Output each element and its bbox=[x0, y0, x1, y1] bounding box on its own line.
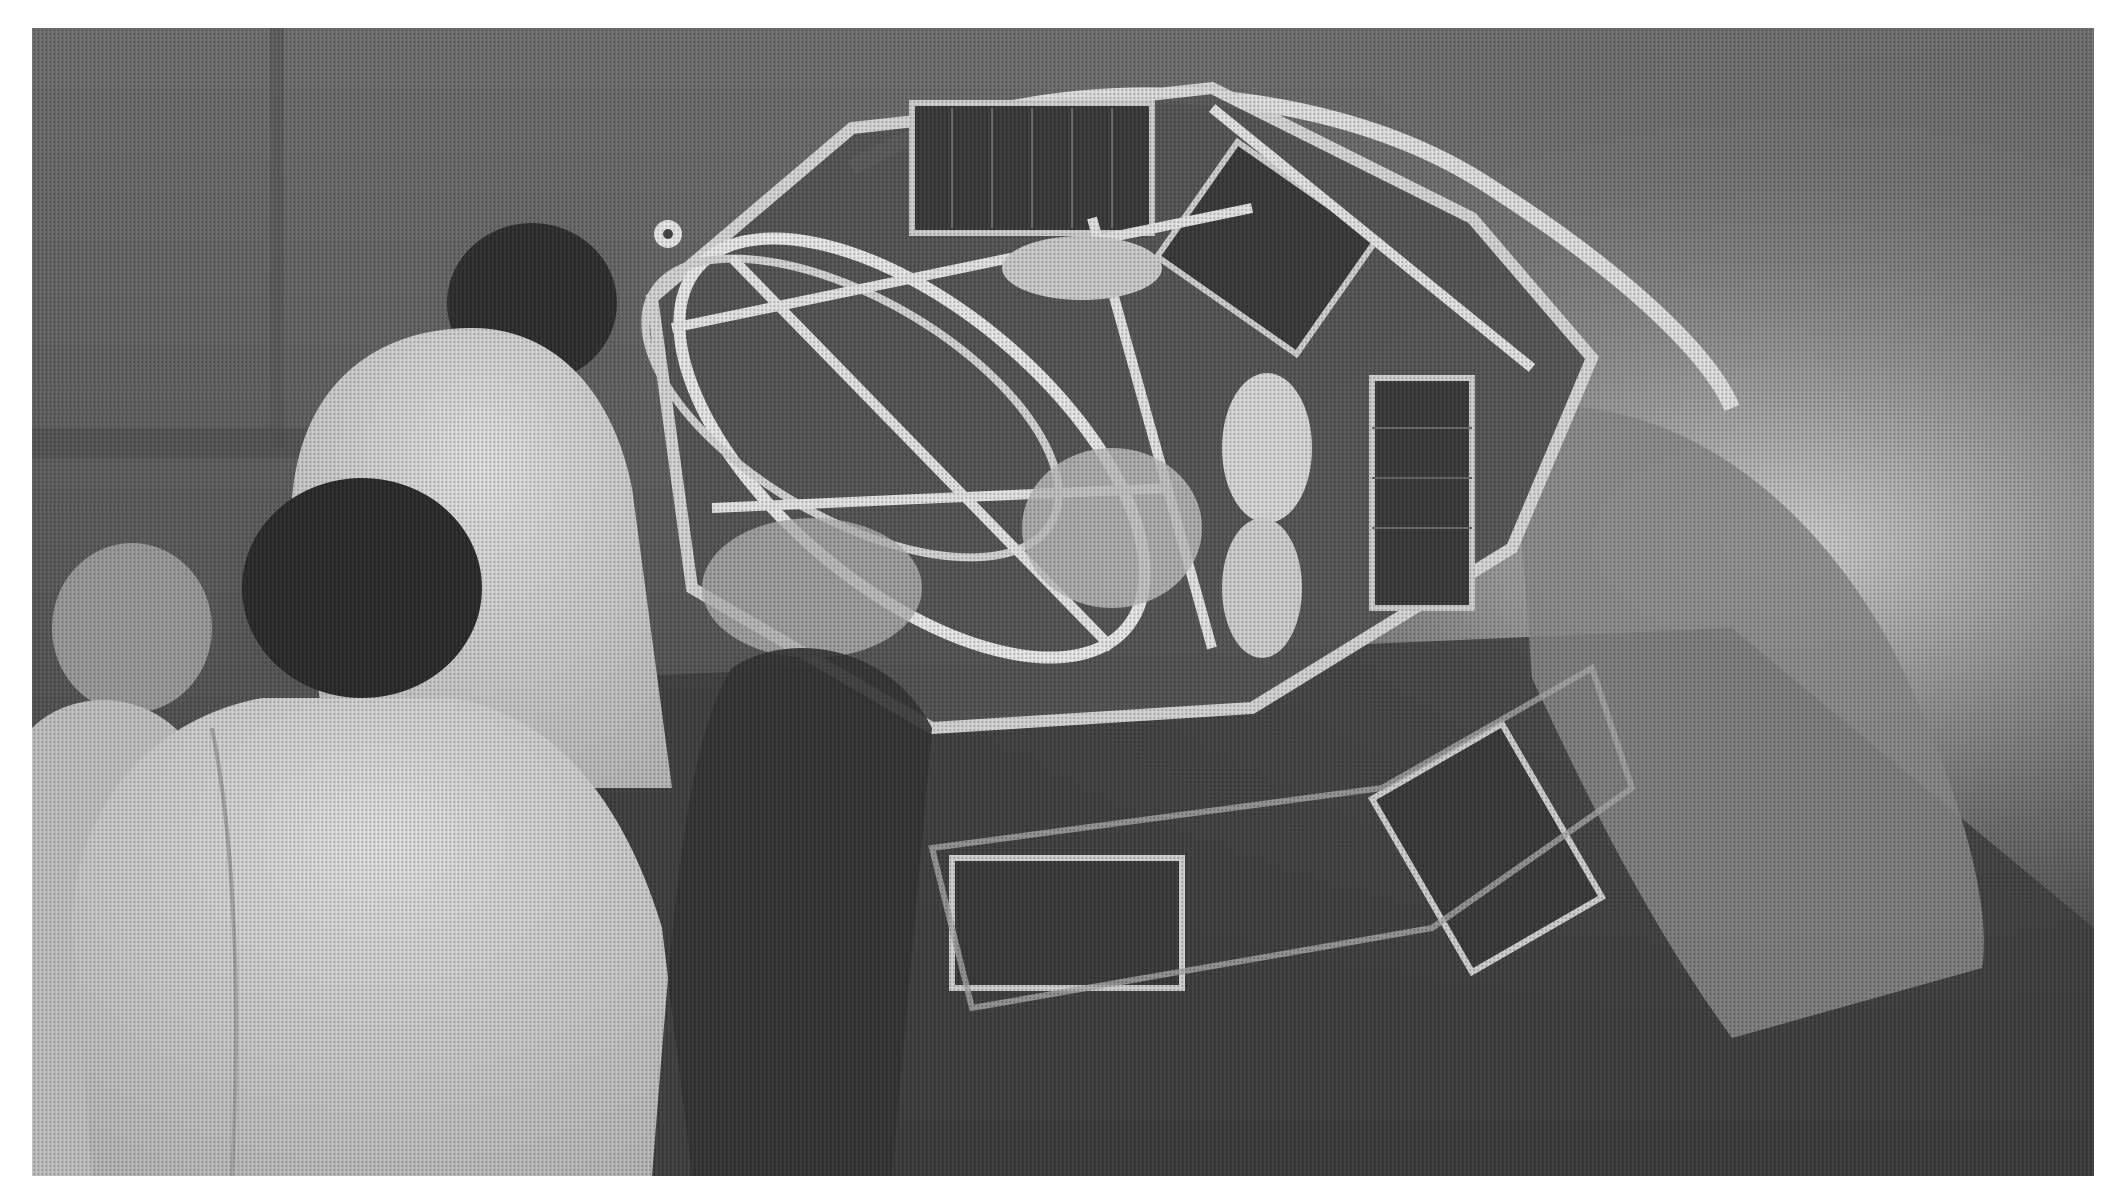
halftone-photo: technicians in white coats inspecting a … bbox=[32, 28, 2094, 1176]
photo-scene bbox=[32, 28, 2094, 1176]
